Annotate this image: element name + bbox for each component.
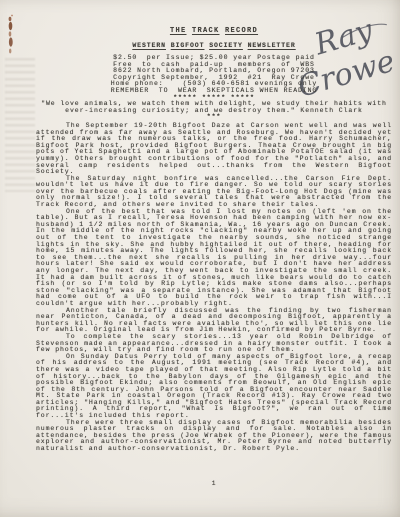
page-title: THE TRACK RECORD xyxy=(36,27,392,36)
body-paragraph-display-cases: There were three small display cases of … xyxy=(36,420,392,453)
body-paragraph-monster-outfit: To complete the scary stories...13 year … xyxy=(36,334,392,354)
body-paragraph-sunday-talks: On Sunday Datus Perry told of many aspec… xyxy=(36,354,392,420)
subtitle-word: WESTERN xyxy=(132,42,166,49)
stain-mark xyxy=(3,14,19,58)
subtitle-word: NEWSLETTER xyxy=(248,42,296,49)
title-word: THE xyxy=(170,27,187,35)
body-paragraph-penticton-tale: Another tale briefly discussed was the f… xyxy=(36,308,392,334)
newsletter-subtitle: WESTERN BIGFOOT SOCIETY NEWSLETTER xyxy=(36,42,392,50)
separator-asterisks-small: *** xyxy=(36,114,392,121)
title-word: TRACK xyxy=(192,27,220,35)
masthead: THE TRACK RECORD WESTERN BIGFOOT SOCIETY… xyxy=(36,0,392,101)
subtitle-word: BIGFOOT xyxy=(171,42,205,49)
subtitle-word: SOCIETY xyxy=(209,42,243,49)
page-number: 1 xyxy=(36,480,392,487)
scanned-page: Ray Crowe THE TRACK RECORD WESTERN BIGFO… xyxy=(0,0,400,517)
body-paragraph-bonfire: The Saturday night bonfire was cancelled… xyxy=(36,176,392,209)
text-column: THE TRACK RECORD WESTERN BIGFOOT SOCIETY… xyxy=(36,0,392,487)
body-paragraph-hovenson-tale: One of the best that was told I lost my … xyxy=(36,209,392,308)
title-word: RECORD xyxy=(225,27,258,35)
body-paragraph-bigfoot-daze: The September 19-20th Bigfoot Daze at Ca… xyxy=(36,123,392,176)
article-body: The September 19-20th Bigfoot Daze at Ca… xyxy=(36,123,392,453)
masthead-info: $2.50 per Issue; $25.00 year Postage pai… xyxy=(36,55,392,95)
bleed-through-texture xyxy=(5,58,35,192)
